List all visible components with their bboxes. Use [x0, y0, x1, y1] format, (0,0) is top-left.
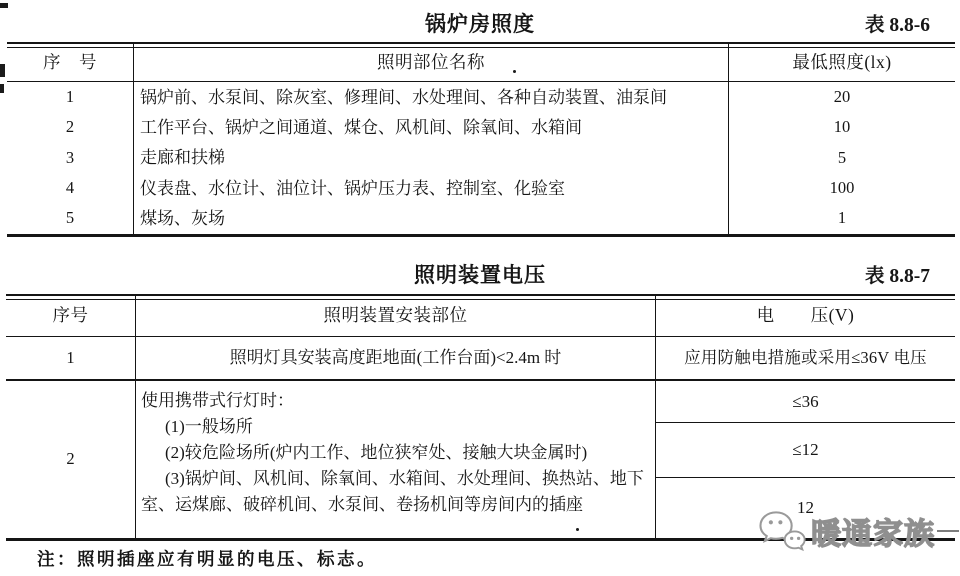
table1-title: 锅炉房照度	[0, 8, 960, 38]
scan-speck	[513, 70, 516, 73]
t2-row1-num: 1	[6, 337, 135, 381]
t2-row2-description: 使用携带式行灯时： (1)一般场所 (2)较危险场所(炉内工作、地位狭窄处、接触…	[135, 381, 655, 538]
t2-row1-value: 应用防触电措施或采用≤36V 电压	[655, 337, 955, 381]
scan-speck	[0, 64, 5, 77]
table1-top-rule	[7, 47, 955, 48]
wechat-icon	[757, 509, 809, 553]
t2-row2-line-1: (1)一般场所	[141, 414, 653, 440]
t2-row2-voltage-general: ≤36	[656, 381, 955, 423]
table2-number-label: 表 8.8-7	[865, 260, 930, 288]
t1-row4-value: 100	[728, 173, 955, 203]
watermark-dash	[937, 530, 959, 532]
footnote: 注：照明插座应有明显的电压、标志。	[37, 546, 377, 571]
t2-row1-name: 照明灯具安装高度距地面(工作台面)<2.4m 时	[135, 337, 655, 381]
t1-row4-name: 仪表盘、水位计、油位计、锅炉压力表、控制室、化验室	[133, 173, 728, 203]
t2-header-name: 照明装置安装部位	[135, 296, 655, 337]
t1-row3-name: 走廊和扶梯	[133, 143, 728, 173]
t1-row1-name: 锅炉前、水泵间、除灰室、修理间、水处理间、各种自动装置、油泵间	[133, 82, 728, 112]
t1-row5-num: 5	[7, 204, 133, 234]
t1-row5-name: 煤场、灰场	[133, 204, 728, 234]
watermark-text: 暖通家族	[811, 509, 935, 553]
t2-row2-line-2: (2)较危险场所(炉内工作、地位狭窄处、接触大块金属时)	[141, 440, 653, 466]
t2-row2-line-intro: 使用携带式行灯时：	[141, 388, 653, 414]
table-boiler-room-illuminance: 序 号 照明部位名称 最低照度(lx) 1 锅炉前、水泵间、除灰室、修理间、水处…	[7, 42, 955, 237]
t1-row3-num: 3	[7, 143, 133, 173]
t1-row2-name: 工作平台、锅炉之间通道、煤仓、风机间、除氧间、水箱间	[133, 112, 728, 142]
watermark: 暖通家族	[757, 509, 959, 553]
t2-header-num: 序号	[6, 296, 135, 337]
table1-number-label: 表 8.8-6	[865, 9, 930, 37]
t1-row1-value: 20	[728, 82, 955, 112]
t1-header-value: 最低照度(lx)	[728, 44, 955, 82]
t1-row2-num: 2	[7, 112, 133, 142]
t2-header-value: 电 压(V)	[655, 296, 955, 337]
t1-header-name: 照明部位名称	[133, 44, 728, 82]
t2-row2-voltage-hazardous: ≤12	[656, 423, 955, 478]
t1-row3-value: 5	[728, 143, 955, 173]
scanned-document-page: 锅炉房照度 表 8.8-6 序 号 照明部位名称 最低照度(lx) 1 锅炉前、…	[0, 0, 960, 576]
t1-row4-num: 4	[7, 173, 133, 203]
table-lighting-device-voltage: 序号 照明装置安装部位 电 压(V) 1 照明灯具安装高度距地面(工作台面)<2…	[6, 294, 955, 541]
scan-speck	[576, 528, 579, 531]
scan-speck	[0, 84, 4, 93]
t2-row2-num: 2	[6, 381, 135, 538]
t1-row2-value: 10	[728, 112, 955, 142]
t1-row5-value: 1	[728, 204, 955, 234]
table2-top-rule	[6, 299, 955, 300]
t1-header-num: 序 号	[7, 44, 133, 82]
t2-row2-line-3: (3)锅炉间、风机间、除氧间、水箱间、水处理间、换热站、地下室、运煤廊、破碎机间…	[141, 466, 653, 518]
t1-row1-num: 1	[7, 82, 133, 112]
table2-title: 照明装置电压	[0, 259, 960, 289]
scan-speck	[0, 3, 8, 8]
